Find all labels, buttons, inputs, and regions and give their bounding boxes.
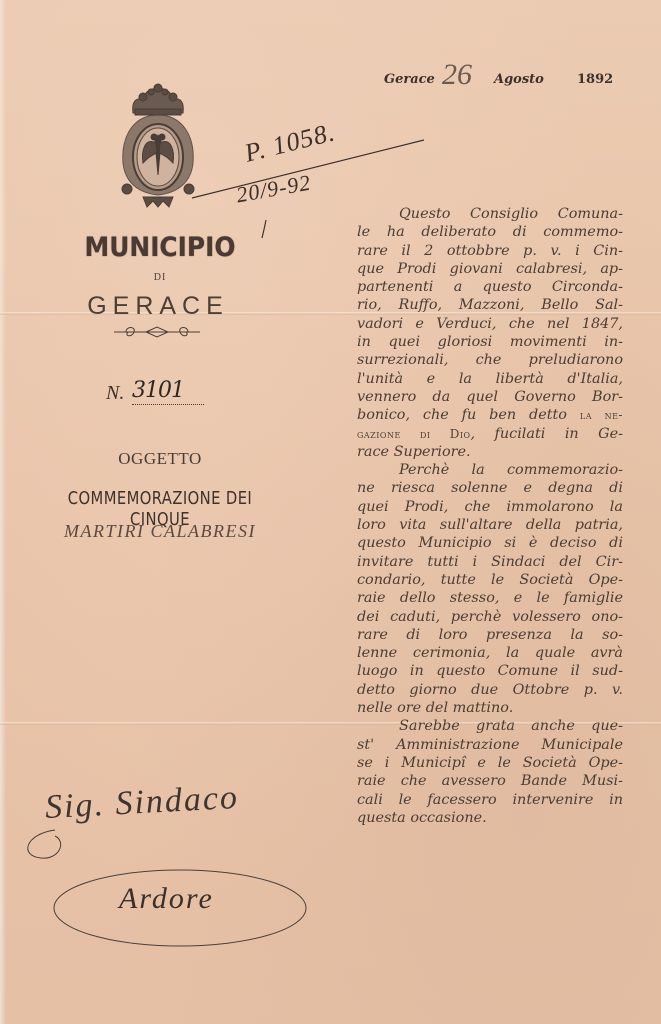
date-month: Agosto <box>494 72 544 87</box>
body-line: condario, tutte le Società Ope- <box>357 571 623 589</box>
addressee-town: Ardore <box>119 882 214 916</box>
protocol-label: N. <box>106 382 124 405</box>
subject-line-2: MARTIRI CALABRESI <box>20 521 300 542</box>
body-line-smallcaps: gazione di Dio <box>357 427 471 441</box>
protocol-number: N. 3101 <box>106 380 226 410</box>
body-line: raie dello stesso, e le famiglie <box>357 589 623 607</box>
body-line: se i Municipî e le Società Ope- <box>357 754 623 772</box>
date-day-handwritten: 26 <box>442 58 472 92</box>
body-line: Perchè la commemorazio- <box>357 461 623 479</box>
body-line-part: , fucilati in Ge- <box>471 426 623 442</box>
body-line: loro vita sull'altare della patria, <box>357 516 623 534</box>
date-place: Gerace <box>384 72 435 87</box>
body-line: l'unità e la libertà d'Italia, <box>357 370 623 388</box>
protocol-value: 3101 <box>132 378 184 403</box>
body-line: Questo Consiglio Comuna- <box>357 205 623 223</box>
flourish-ornament-icon <box>112 324 202 340</box>
subject-label: OGGETTO <box>60 449 260 469</box>
body-line: vennero da quel Governo Bor- <box>357 388 623 406</box>
body-line: bonico, che fu ben detto la ne- <box>357 406 623 424</box>
body-line: detto giorno due Ottobre p. v. <box>357 681 623 699</box>
body-line: st' Amministrazione Municipale <box>357 736 623 754</box>
body-line: ne riesca solenne e degna di <box>357 479 623 497</box>
body-line: race Superiore. <box>357 443 623 461</box>
body-line: que Prodi giovani calabresi, ap- <box>357 260 623 278</box>
body-line: invitare tutti i Sindaci del Cir- <box>357 553 623 571</box>
body-line: rio, Ruffo, Mazzoni, Bello Sal- <box>357 296 623 314</box>
body-line: Sarebbe grata anche que- <box>357 717 623 735</box>
body-line: vadori e Verduci, che nel 1847, <box>357 315 623 333</box>
body-line: questo Municipio si è deciso di <box>357 534 623 552</box>
body-line: quei Prodi, che immolarono la <box>357 498 623 516</box>
body-line: le ha deliberato di commemo- <box>357 223 623 241</box>
body-line: in quei gloriosi movimenti in- <box>357 333 623 351</box>
body-line: nelle ore del mattino. <box>357 699 623 717</box>
body-line: lenne cerimonia, la quale avrà <box>357 644 623 662</box>
body-line: gazione di Dio, fucilati in Ge- <box>357 425 623 443</box>
body-line-part: bonico, che fu ben detto <box>357 407 567 423</box>
body-line: rare il 2 ottobbre p. v. i Cin- <box>357 242 623 260</box>
date-line: Gerace 26 Agosto 1892 <box>384 64 624 94</box>
body-line: partenenti a questo Circonda- <box>357 278 623 296</box>
document-page: MUNICIPIO DI GERACE N. 3101 OGGETTO COMM… <box>0 0 661 1024</box>
body-line-smallcaps: la ne- <box>580 408 623 422</box>
body-line: raie che avessero Bande Musi- <box>357 772 623 790</box>
body-line: surrezionali, che preludiarono <box>357 351 623 369</box>
body-line: cali le facessero intervenire in <box>357 791 623 809</box>
paper-edge <box>0 0 6 1024</box>
addressee: Sig. Sindaco Ardore <box>15 770 335 960</box>
letterhead-town: GERACE <box>48 292 268 321</box>
body-line: rare di loro presenza la so- <box>357 626 623 644</box>
body-line: questa occasione. <box>357 809 623 827</box>
body-line: luogo in questo Comune il sud- <box>357 662 623 680</box>
date-year: 1892 <box>577 72 613 87</box>
letter-body: Questo Consiglio Comuna- le ha deliberat… <box>357 205 623 827</box>
letterhead-di: DI <box>60 272 260 283</box>
protocol-dotted-line <box>132 404 204 405</box>
body-line: dei caduti, perchè volessero ono- <box>357 608 623 626</box>
